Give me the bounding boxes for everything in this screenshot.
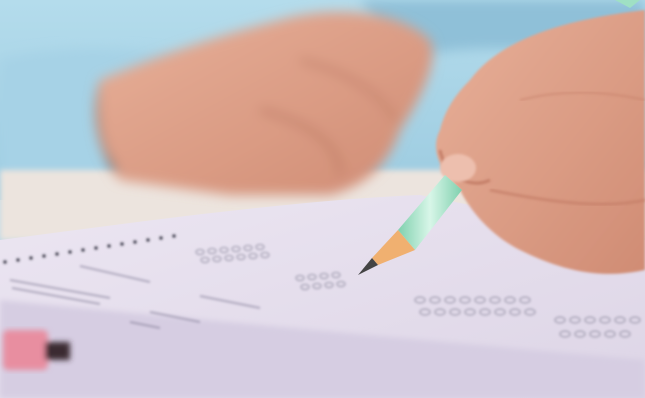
exam-photo	[0, 0, 645, 398]
photo-scene	[0, 0, 645, 398]
